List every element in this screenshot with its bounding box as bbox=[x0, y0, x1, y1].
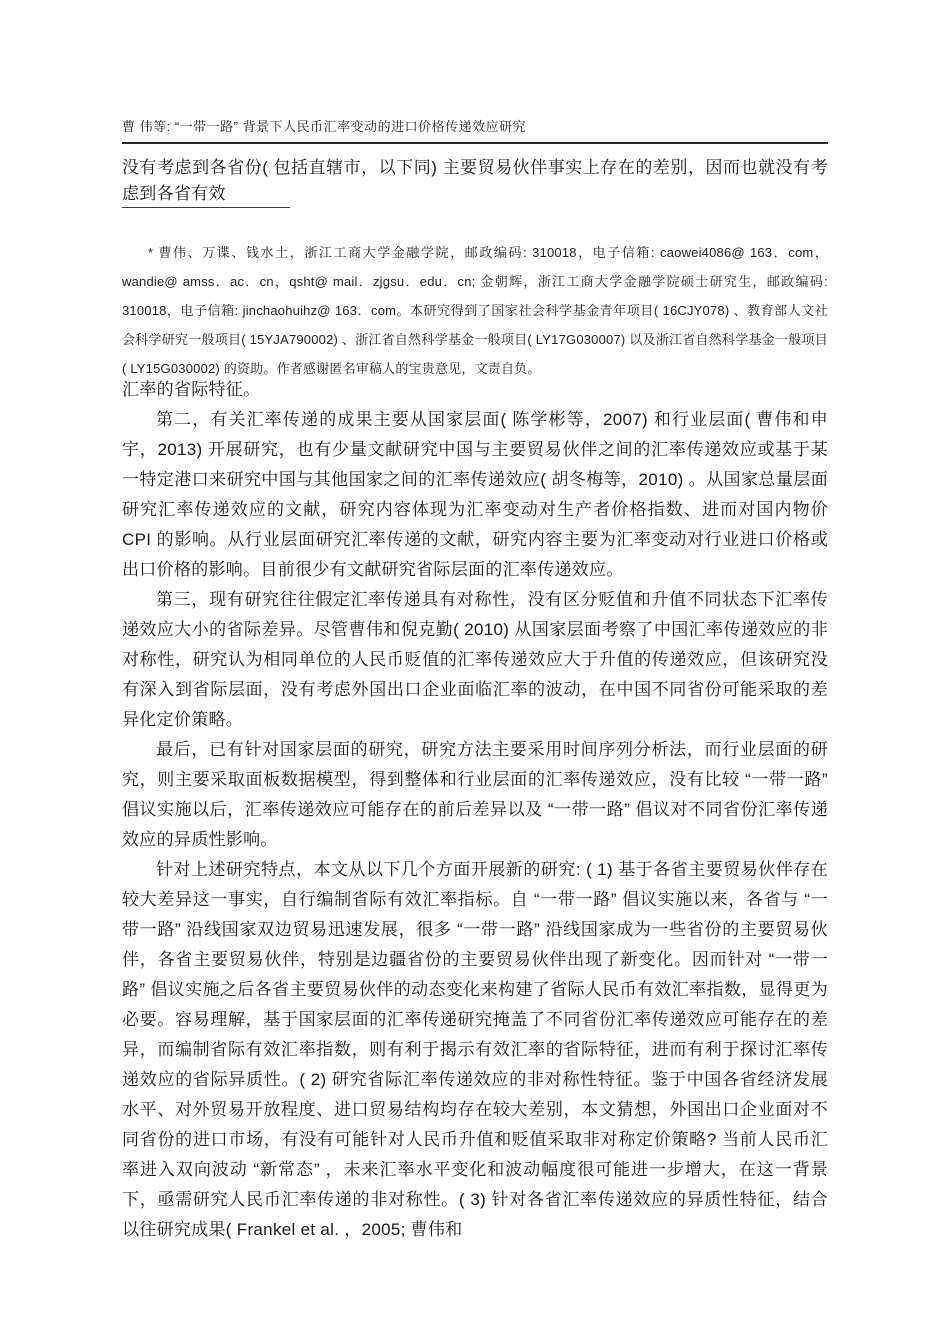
paragraph-last-point: 最后，已有针对国家层面的研究，研究方法主要采用时间序列分析法，而行业层面的研究，… bbox=[122, 735, 828, 855]
document-page: 曹 伟等: “一带一路” 背景下人民币汇率变动的进口价格传递效应研究 没有考虑到… bbox=[0, 0, 950, 1344]
paragraph-second-point: 第二，有关汇率传递的成果主要从国家层面( 陈学彬等，2007) 和行业层面( 曹… bbox=[122, 405, 828, 585]
running-header: 曹 伟等: “一带一路” 背景下人民币汇率变动的进口价格传递效应研究 bbox=[122, 118, 828, 136]
body-text: 汇率的省际特征。 第二，有关汇率传递的成果主要从国家层面( 陈学彬等，2007)… bbox=[122, 375, 828, 1245]
footnote-divider bbox=[122, 207, 290, 208]
intro-paragraph: 没有考虑到各省份( 包括直辖市，以下同) 主要贸易伙伴事实上存在的差别，因而也就… bbox=[122, 155, 828, 207]
header-divider bbox=[122, 142, 828, 144]
footnote-text: * 曹伟、万谍、钱水土，浙江工商大学金融学院，邮政编码: 310018，电子信箱… bbox=[122, 238, 828, 383]
paragraph-new-research: 针对上述研究特点，本文从以下几个方面开展新的研究: ( 1) 基于各省主要贸易伙… bbox=[122, 855, 828, 1245]
paragraph-third-point: 第三，现有研究往往假定汇率传递具有对称性，没有区分贬值和升值不同状态下汇率传递效… bbox=[122, 585, 828, 735]
page-content: 曹 伟等: “一带一路” 背景下人民币汇率变动的进口价格传递效应研究 没有考虑到… bbox=[122, 118, 828, 1245]
